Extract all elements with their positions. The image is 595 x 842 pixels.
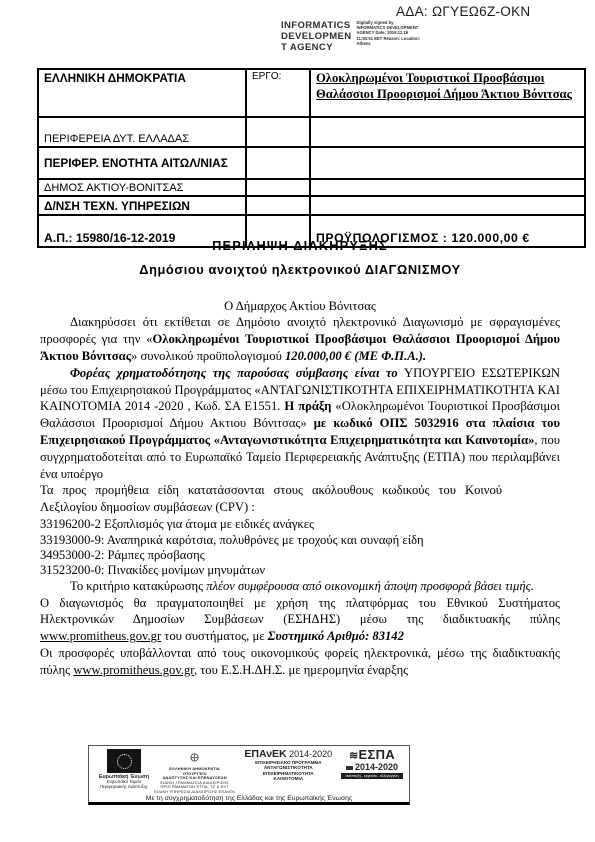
cell-empty	[310, 179, 585, 196]
paragraph-platform: Ο διαγωνισμός θα πραγματοποιηθεί με χρήσ…	[40, 595, 560, 645]
signature-agency-text: INFORMATICS DEVELOPMEN T AGENCY	[281, 20, 352, 53]
cell-empty	[246, 117, 310, 147]
paragraph-offers: Οι προσφορές υποβάλλονται από τους οικον…	[40, 645, 560, 679]
paragraph-award-criterion: Το κριτήριο κατακύρωσης πλέον συμφέρουσα…	[40, 578, 560, 595]
cell-hellenic-republic: ΕΛΛΗΝΙΚΗ ΔΗΜΟΚΡΑΤΙΑ	[38, 69, 246, 117]
cell-empty	[310, 196, 585, 215]
espa-name: ΕΣΠΑ	[359, 747, 395, 762]
text-segment: » συνολικού προϋπολογισμού	[131, 349, 285, 363]
promitheus-link[interactable]: www.promitheus.gov.gr	[40, 629, 161, 643]
text-segment: , του Ε.Σ.Η.ΔΗ.Σ. με ημερομηνία έναρξης	[194, 663, 408, 677]
footer-logo-row: Ευρωπαϊκή Ένωση Ευρωπαϊκό Ταμείο Περιφερ…	[89, 746, 409, 795]
espa-waves-icon: ≋	[349, 750, 359, 762]
text-segment-funding-body: Φορέας χρηματοδότησης της παρούσας σύμβα…	[70, 366, 404, 380]
paragraph-cpv-intro: Τα προς προμήθεια είδη κατατάσσονται στο…	[40, 482, 502, 516]
cpv-item: 33193000-9: Αναπηρικά καρότσια, πολυθρόν…	[40, 533, 560, 548]
espa-title: ≋ΕΣΠΑ	[341, 749, 403, 762]
text-segment-bold: Η πράξη	[284, 399, 335, 413]
eu-logo-block: Ευρωπαϊκή Ένωση Ευρωπαϊκό Ταμείο Περιφερ…	[95, 749, 153, 790]
table-row: Δ/ΝΣΗ ΤΕΧΝ. ΥΠΗΡΕΣΙΩΝ	[38, 196, 585, 215]
espa-years-text: 2014-2020	[355, 762, 398, 772]
document-body: ΠΕΡΙΛΗΨΗ ΔΙΑΚΗΡΥΞΗΣ Δημόσιου ανοιχτού ηλ…	[40, 238, 560, 679]
cell-project-title: Ολοκληρωμένοι Τουριστικοί Προσβάσιμοι Θα…	[310, 69, 585, 117]
cpv-item: 31523200-0: Πινακίδες μονίμων μηνυμάτων	[40, 563, 560, 578]
cell-regional-unit: ΠΕΡΙΦΕΡ. ΕΝΟΤΗΤΑ ΑΙΤΩΛ/ΝΙΑΣ	[38, 147, 246, 179]
cell-technical-dept: Δ/ΝΣΗ ΤΕΧΝ. ΥΠΗΡΕΣΙΩΝ	[38, 196, 246, 215]
espa-years: 2014-2020	[341, 762, 403, 772]
promitheus-link[interactable]: www.promitheus.gov.gr	[73, 663, 194, 677]
text-segment-italic: πλέον συμφέρουσα από οικονομική άποψη πρ…	[206, 579, 534, 593]
text-segment: Το κριτήριο κατακύρωσης	[70, 579, 206, 593]
signature-details-text: Digitally signed by INFORMATICS DEVELOPM…	[357, 20, 421, 53]
cofinance-text: Με τη συγχρηματοδότηση της Ελλάδας και τ…	[89, 795, 409, 805]
mayor-line: Ο Δήμαρχος Ακτίου Βόνιτσας	[40, 298, 560, 315]
cell-empty	[310, 147, 585, 179]
cell-region: ΠΕΡΙΦΕΡΕΙΑ ΔΥΤ. ΕΛΛΑΔΑΣ	[38, 117, 246, 147]
paragraph-funding: Φορέας χρηματοδότησης της παρούσας σύμβα…	[40, 365, 560, 483]
cpv-item-primary: 33196200-2 Εξοπλισμός για άτομα με ειδικ…	[40, 516, 560, 533]
footer-banner: Ευρωπαϊκή Ένωση Ευρωπαϊκό Ταμείο Περιφερ…	[88, 745, 410, 805]
table-row: ΕΛΛΗΝΙΚΗ ΔΗΜΟΚΡΑΤΙΑ ΕΡΓΟ: Ολοκληρωμένοι …	[38, 69, 585, 117]
table-row: ΔΗΜΟΣ ΑΚΤΙΟΥ-ΒΟΝΙΤΣΑΣ	[38, 179, 585, 196]
page-title: ΠΕΡΙΛΗΨΗ ΔΙΑΚΗΡΥΞΗΣ	[40, 238, 560, 255]
espa-flag-icon	[346, 766, 353, 770]
espa-logo-block: ≋ΕΣΠΑ 2014-2020 ανάπτυξη - εργασία - αλλ…	[341, 749, 403, 779]
cell-municipality: ΔΗΜΟΣ ΑΚΤΙΟΥ-ΒΟΝΙΤΣΑΣ	[38, 179, 246, 196]
epanek-line: ΚΑΙΝΟΤΟΜΙΑ	[236, 776, 340, 781]
cell-ergo-label: ΕΡΓΟ:	[246, 69, 310, 117]
cpv-item: 34953000-2: Ράμπες πρόσβασης	[40, 548, 560, 563]
eu-fund-label2: Περιφερειακής Ανάπτυξης	[95, 785, 153, 790]
text-segment-system-number: Συστημικό Αριθμό: 83142	[268, 629, 404, 643]
paragraph-announcement: Διακηρύσσει ότι εκτίθεται σε Δημόσιο ανο…	[40, 314, 560, 364]
epanek-logo-block: ΕΠΑνΕΚ 2014-2020 ΕΠΙΧΕΙΡΗΣΙΑΚΟ ΠΡΟΓΡΑΜΜΑ…	[236, 749, 340, 782]
eu-flag-icon	[107, 749, 141, 773]
text-segment: Ο διαγωνισμός θα πραγματοποιηθεί με χρήσ…	[40, 596, 560, 627]
cell-empty	[246, 147, 310, 179]
epanek-years: 2014-2020	[287, 749, 333, 759]
header-table: ΕΛΛΗΝΙΚΗ ΔΗΜΟΚΡΑΤΙΑ ΕΡΓΟ: Ολοκληρωμένοι …	[37, 68, 586, 248]
ministry-logo-block: ΕΛΛΗΝΙΚΗ ΔΗΜΟΚΡΑΤΙΑ ΥΠΟΥΡΓΕΙΟ ΑΝΑΠΤΥΞΗΣ …	[154, 749, 236, 795]
hellenic-emblem-icon	[190, 753, 199, 762]
epanek-name: ΕΠΑνΕΚ	[244, 748, 286, 760]
text-segment: του συστήματος, με	[161, 629, 268, 643]
page-subtitle: Δημόσιου ανοιχτού ηλεκτρονικού ΔΙΑΓΩΝΙΣΜ…	[40, 262, 560, 279]
table-row: ΠΕΡΙΦΕΡ. ΕΝΟΤΗΤΑ ΑΙΤΩΛ/ΝΙΑΣ	[38, 147, 585, 179]
epanek-title: ΕΠΑνΕΚ 2014-2020	[236, 749, 340, 760]
espa-tagline: ανάπτυξη - εργασία - αλληλεγγύη	[341, 773, 403, 779]
cell-empty	[246, 179, 310, 196]
digital-signature-stamp: INFORMATICS DEVELOPMEN T AGENCY Digitall…	[281, 20, 421, 53]
text-segment-budget: 120.000,00 € (ΜΕ Φ.Π.Α.).	[285, 349, 426, 363]
table-row: ΠΕΡΙΦΕΡΕΙΑ ΔΥΤ. ΕΛΛΑΔΑΣ	[38, 117, 585, 147]
ada-code: ΑΔΑ: ΩΓΥΕΩ6Ζ-ΟΚΝ	[396, 4, 530, 19]
cell-empty	[246, 196, 310, 215]
cell-empty	[310, 117, 585, 147]
document-page: ΑΔΑ: ΩΓΥΕΩ6Ζ-ΟΚΝ INFORMATICS DEVELOPMEN …	[0, 0, 595, 842]
